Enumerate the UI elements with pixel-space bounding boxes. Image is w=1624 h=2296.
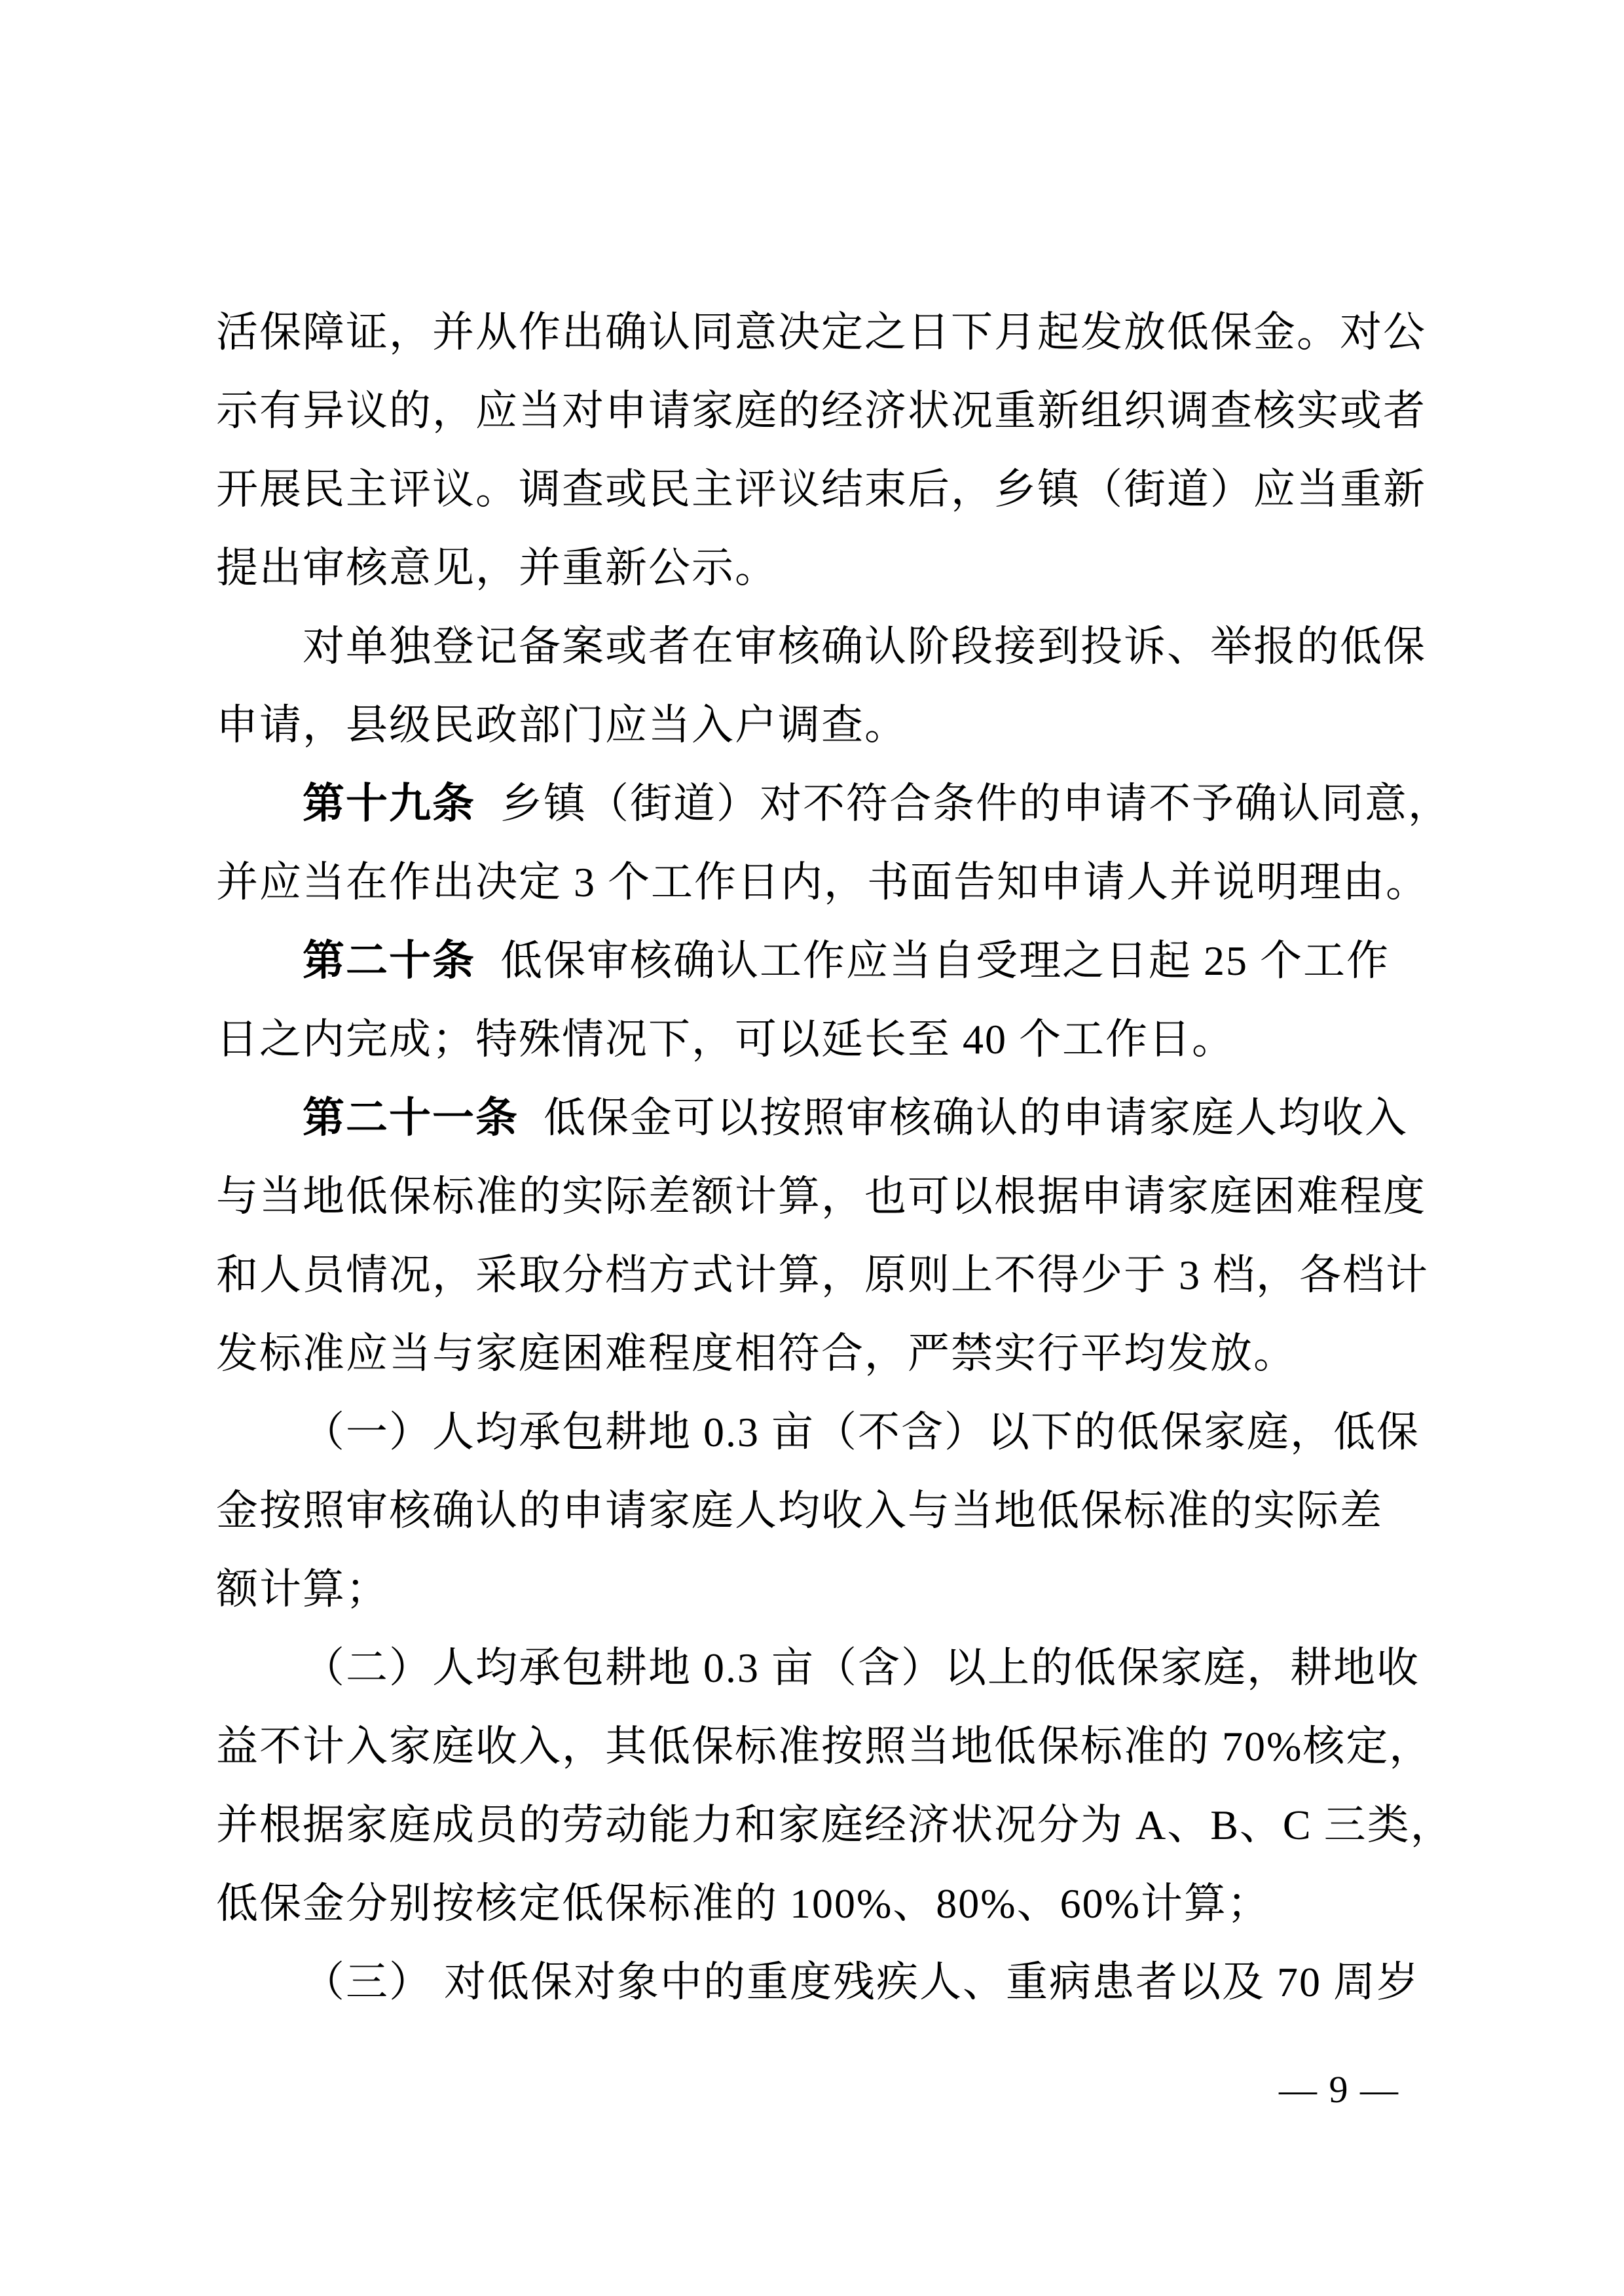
line-text: 发标准应当与家庭困难程度相符合，严禁实行平均发放。 — [216, 1330, 1297, 1377]
line-text: 活保障证，并从作出确认同意决定之日下月起发放低保金。对公 — [216, 309, 1426, 355]
text-line: 申请，县级民政部门应当入户调查。 — [216, 686, 1426, 765]
line-text: 并根据家庭成员的劳动能力和家庭经济状况分为 A、B、C 三类， — [216, 1802, 1454, 1848]
line-text: 低保金可以按照审核确认的申请家庭人均收入 — [544, 1095, 1408, 1141]
text-line: 并根据家庭成员的劳动能力和家庭经济状况分为 A、B、C 三类， — [216, 1786, 1426, 1865]
text-line: 对单独登记备案或者在审核确认阶段接到投诉、举报的低保 — [216, 608, 1426, 686]
line-text: 额计算； — [216, 1566, 389, 1613]
text-line: 第十九条乡镇（街道）对不符合条件的申请不予确认同意， — [216, 765, 1426, 843]
article-number: 第二十一条 — [303, 1095, 519, 1141]
line-text: 申请，县级民政部门应当入户调查。 — [216, 702, 908, 748]
text-line: 并应当在作出决定 3 个工作日内，书面告知申请人并说明理由。 — [216, 843, 1426, 922]
text-line: 日之内完成；特殊情况下，可以延长至 40 个工作日。 — [216, 1000, 1426, 1079]
line-text: 开展民主评议。调查或民主评议结束后，乡镇（街道）应当重新 — [216, 466, 1426, 513]
line-text: 低保金分别按核定低保标准的 100%、80%、60%计算； — [216, 1880, 1270, 1927]
text-line: （一）人均承包耕地 0.3 亩（不含）以下的低保家庭，低保 — [216, 1393, 1426, 1472]
line-text: 与当地低保标准的实际差额计算，也可以根据申请家庭困难程度 — [216, 1173, 1426, 1220]
text-line: 提出审核意见，并重新公示。 — [216, 529, 1426, 608]
text-line: 和人员情况，采取分档方式计算，原则上不得少于 3 档，各档计 — [216, 1236, 1426, 1315]
line-text: 金按照审核确认的申请家庭人均收入与当地低保标准的实际差 — [216, 1487, 1383, 1534]
line-text: （一）人均承包耕地 0.3 亩（不含）以下的低保家庭，低保 — [303, 1409, 1420, 1455]
line-text: 日之内完成；特殊情况下，可以延长至 40 个工作日。 — [216, 1016, 1235, 1063]
text-line: （二）人均承包耕地 0.3 亩（含）以上的低保家庭，耕地收 — [216, 1629, 1426, 1707]
text-line: 金按照审核确认的申请家庭人均收入与当地低保标准的实际差 — [216, 1472, 1426, 1550]
text-line: 开展民主评议。调查或民主评议结束后，乡镇（街道）应当重新 — [216, 450, 1426, 529]
line-text: 益不计入家庭收入，其低保标准按照当地低保标准的 70%核定， — [216, 1723, 1432, 1770]
text-line: （三） 对低保对象中的重度残疾人、重病患者以及 70 周岁 — [216, 1943, 1426, 2022]
text-line: 低保金分别按核定低保标准的 100%、80%、60%计算； — [216, 1865, 1426, 1943]
document-page: 活保障证，并从作出确认同意决定之日下月起发放低保金。对公 示有异议的，应当对申请… — [0, 0, 1624, 2296]
line-text: 乡镇（街道）对不符合条件的申请不予确认同意， — [500, 780, 1451, 827]
line-text: 并应当在作出决定 3 个工作日内，书面告知申请人并说明理由。 — [216, 859, 1429, 905]
line-text: （三） 对低保对象中的重度残疾人、重病患者以及 70 周岁 — [303, 1959, 1420, 2005]
text-line: 额计算； — [216, 1550, 1426, 1629]
text-line: 发标准应当与家庭困难程度相符合，严禁实行平均发放。 — [216, 1315, 1426, 1393]
text-line: 益不计入家庭收入，其低保标准按照当地低保标准的 70%核定， — [216, 1707, 1426, 1786]
text-line: 第二十条低保审核确认工作应当自受理之日起 25 个工作 — [216, 922, 1426, 1000]
line-text: 示有异议的，应当对申请家庭的经济状况重新组织调查核实或者 — [216, 388, 1426, 434]
line-text: 低保审核确认工作应当自受理之日起 25 个工作 — [500, 938, 1390, 984]
text-line: 活保障证，并从作出确认同意决定之日下月起发放低保金。对公 — [216, 293, 1426, 372]
line-text: 和人员情况，采取分档方式计算，原则上不得少于 3 档，各档计 — [216, 1252, 1429, 1298]
page-number: — 9 — — [1257, 2064, 1421, 2116]
text-line: 与当地低保标准的实际差额计算，也可以根据申请家庭困难程度 — [216, 1157, 1426, 1236]
line-text: 对单独登记备案或者在审核确认阶段接到投诉、举报的低保 — [303, 623, 1426, 670]
article-number: 第十九条 — [303, 780, 475, 827]
line-text: 提出审核意见，并重新公示。 — [216, 545, 778, 591]
text-line: 第二十一条低保金可以按照审核确认的申请家庭人均收入 — [216, 1079, 1426, 1157]
line-text: （二）人均承包耕地 0.3 亩（含）以上的低保家庭，耕地收 — [303, 1645, 1420, 1691]
text-line: 示有异议的，应当对申请家庭的经济状况重新组织调查核实或者 — [216, 372, 1426, 450]
document-body: 活保障证，并从作出确认同意决定之日下月起发放低保金。对公 示有异议的，应当对申请… — [216, 293, 1426, 2022]
article-number: 第二十条 — [303, 938, 475, 984]
